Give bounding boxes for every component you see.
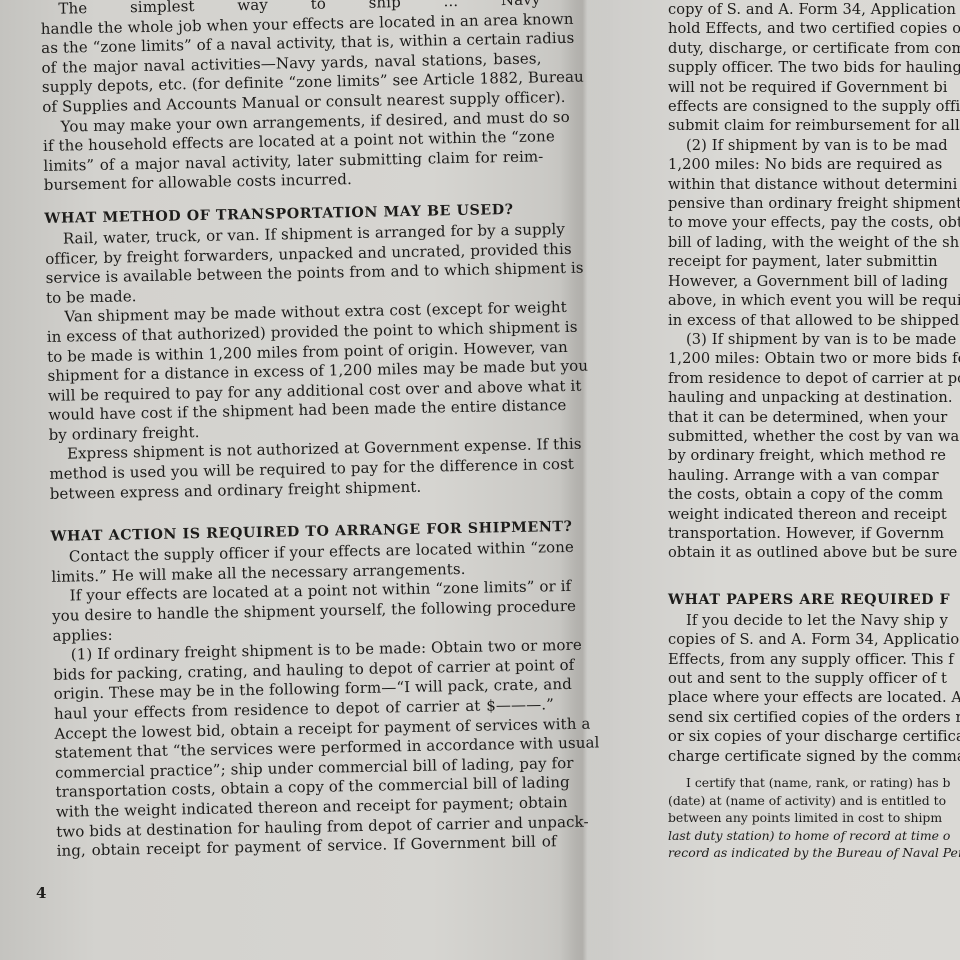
text-line: out and sent to the supply officer of t [668, 669, 960, 688]
text-line: obtain it as outlined above but be sure … [668, 543, 960, 562]
text-line: pensive than ordinary freight shipment. [668, 194, 960, 213]
text-line: copies of S. and A. Form 34, Applicatio [668, 630, 960, 649]
text-line: If you decide to let the Navy ship y [668, 611, 960, 630]
text-line: However, a Government bill of lading [668, 272, 960, 291]
certificate-line: last duty station) to home of record at … [668, 827, 960, 845]
item-3-section: (3) If shipment by van is to be made 1,2… [668, 330, 960, 563]
text-line: send six certified copies of the orders … [668, 708, 960, 727]
right-page: ... is desi copy of S. and A. Form 34, A… [668, 0, 960, 862]
text-line: place where your effects are located. A [668, 688, 960, 707]
certificate-line: I certify that (name, rank, or rating) h… [668, 774, 960, 792]
book-spread: WHO ... The simplest way to ship ... Nav… [0, 0, 960, 960]
text-line: 1,200 miles: Obtain two or more bids for [668, 349, 960, 368]
page-number: 4 [36, 884, 46, 902]
certificate-line: (date) at (name of activity) and is enti… [668, 792, 960, 810]
transportation-section: Rail, water, truck, or van. If shipment … [45, 220, 550, 504]
text-line: submitted, whether the cost by van was [668, 427, 960, 446]
text-line: in excess of that allowed to be shipped [668, 311, 960, 330]
text-line: supply officer. The two bids for hauling [668, 58, 960, 77]
text-line: copy of S. and A. Form 34, Application [668, 0, 960, 19]
text-line: weight indicated thereon and receipt [668, 505, 960, 524]
item-2-section: (2) If shipment by van is to be mad 1,20… [668, 136, 960, 330]
text-line: hold Effects, and two certified copies o [668, 19, 960, 38]
text-line: receipt for payment, later submittin [668, 252, 960, 271]
text-line: hauling. Arrange with a van compar [668, 466, 960, 485]
text-line: Effects, from any supply officer. This f [668, 650, 960, 669]
certificate-text: I certify that (name, rank, or rating) h… [668, 774, 960, 862]
text-line: that it can be determined, when your [668, 408, 960, 427]
text-line: the costs, obtain a copy of the comm [668, 485, 960, 504]
text-line: above, in which event you will be requir [668, 291, 960, 310]
text-line: by ordinary freight, which method re [668, 446, 960, 465]
intro-section: The simplest way to ship ... Navy handle… [40, 0, 544, 196]
text-line: within that distance without determini [668, 175, 960, 194]
certificate-line: record as indicated by the Bureau of Nav… [668, 844, 960, 862]
text-line: will not be required if Government bi [668, 78, 960, 97]
papers-section: If you decide to let the Navy ship y cop… [668, 611, 960, 766]
certificate-line: between any points limited in cost to sh… [668, 809, 960, 827]
text-line: effects are consigned to the supply offi… [668, 97, 960, 116]
text-line: transportation. However, if Governm [668, 524, 960, 543]
text-line: bill of lading, with the weight of the s… [668, 233, 960, 252]
continuation-section: copy of S. and A. Form 34, Application h… [668, 0, 960, 136]
text-line: charge certificate signed by the comman [668, 747, 960, 766]
left-page: WHO ... The simplest way to ship ... Nav… [40, 0, 557, 862]
text-line: to move your effects, pay the costs, obt [668, 213, 960, 232]
action-section: Contact the supply officer if your effec… [51, 539, 557, 862]
text-line: duty, discharge, or certificate from com [668, 39, 960, 58]
text-line: or six copies of your discharge certific… [668, 727, 960, 746]
text-line: submit claim for reimbursement for all [668, 116, 960, 135]
text-line: 1,200 miles: No bids are required as [668, 155, 960, 174]
text-line: (2) If shipment by van is to be mad [668, 136, 960, 155]
text-line: (3) If shipment by van is to be made [668, 330, 960, 349]
section-heading-papers: WHAT PAPERS ARE REQUIRED F [668, 589, 960, 611]
text-line: hauling and unpacking at destination. [668, 388, 960, 407]
text-line: from residence to depot of carrier at po [668, 369, 960, 388]
